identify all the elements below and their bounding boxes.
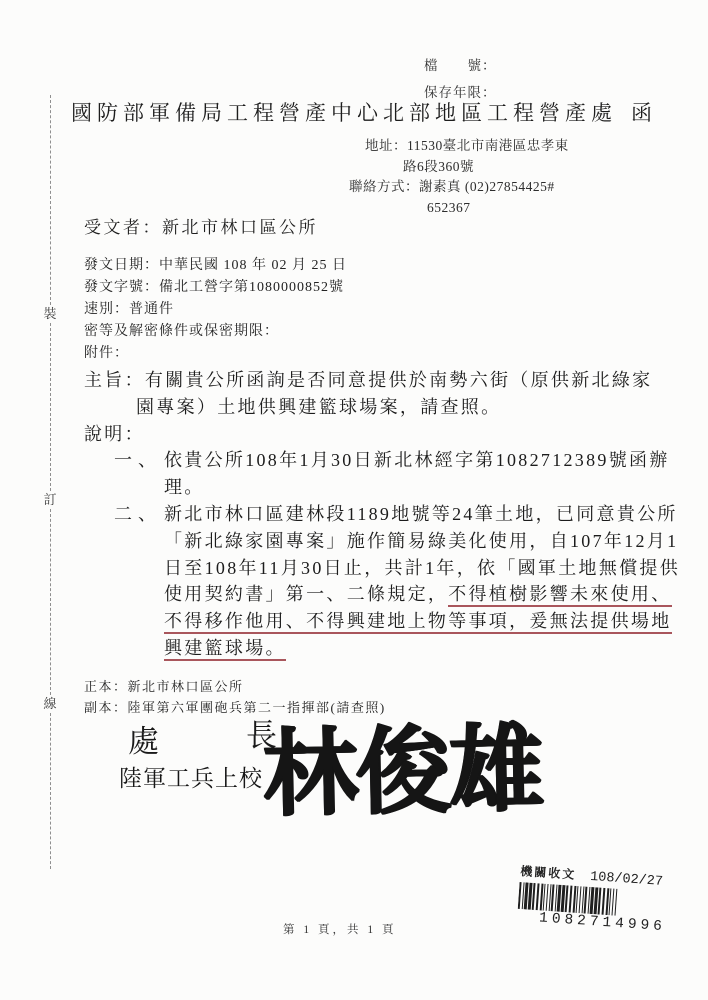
item2-line-5: 不得移作他用、不得興建地上物等事項，爰無法提供場地 <box>84 608 684 635</box>
meta-doc-number: 發文字號：備北工營字第1080000852號 <box>84 277 347 299</box>
meta-security: 密等及解密條件或保密期限： <box>84 321 347 343</box>
margin-dash-line <box>50 95 51 305</box>
recipient-line: 受文者：新北市林口區公所 <box>84 213 318 238</box>
contact-line-2: 652367 <box>349 198 569 219</box>
org-title: 國防部軍備局工程營產中心北部地區工程營產處 <box>71 101 617 125</box>
file-no-label: 檔 號： <box>424 52 497 79</box>
body-text: 主旨：有關貴公所函詢是否同意提供於南勢六街（原供新北綠家 園專案）土地供興建籃球… <box>84 367 684 662</box>
item2-line-6-underlined: 興建籃球場。 <box>164 638 286 661</box>
item1-line-1: 一、依貴公所108年1月30日新北林經字第1082712389號函辦 <box>84 447 684 474</box>
item2-line-4-underlined: 不得植樹影響未來使用、 <box>448 584 671 607</box>
signature-rank: 陸軍工兵上校 <box>119 760 263 793</box>
item2-line-3: 日至108年11月30日止，共計1年，依「國軍土地無償提供 <box>84 555 684 582</box>
document-page: 裝 訂 線 檔 號： 保存年限： 國防部軍備局工程營產中心北部地區工程營產處函 … <box>0 0 708 1000</box>
meta-attachment: 附件： <box>84 343 347 365</box>
margin-label-ding: 訂 <box>43 491 56 509</box>
signature-name: 林俊雄 <box>261 693 543 835</box>
distribution-original: 正本：新北市林口區公所 <box>84 676 386 697</box>
address-line-2: 路6段360號 <box>349 157 569 178</box>
document-title: 國防部軍備局工程營產中心北部地區工程營產處函 <box>71 97 671 127</box>
item2-line-5-underlined: 不得移作他用、不得興建地上物等事項，爰無法提供場地 <box>164 611 672 634</box>
margin-dash-line <box>50 509 51 695</box>
meta-block: 發文日期：中華民國 108 年 02 月 25 日 發文字號：備北工營字第108… <box>84 255 347 365</box>
item2-line-6: 興建籃球場。 <box>84 635 684 662</box>
item2-line-4: 使用契約書」第一、二條規定，不得植樹影響未來使用、 <box>84 581 684 608</box>
meta-date: 發文日期：中華民國 108 年 02 月 25 日 <box>84 255 347 277</box>
item2-line-2: 「新北綠家園專案」施作簡易綠美化使用，自107年12月1 <box>84 528 684 555</box>
stamp-received-label: 機關收文 <box>520 862 577 883</box>
doc-type-label: 函 <box>631 101 657 125</box>
page-footer: 第 1 頁，共 1 頁 <box>283 921 397 937</box>
margin-label-zhuang: 裝 <box>43 305 56 323</box>
item2-line-4-plain: 使用契約書」第一、二條規定， <box>164 584 448 604</box>
item1-line-2: 理。 <box>84 474 684 501</box>
margin-dash-line <box>50 323 51 491</box>
address-line-1: 地址：11530臺北市南港區忠孝東 <box>349 136 569 157</box>
meta-speed: 速別：普通件 <box>84 299 347 321</box>
received-stamp: 機關收文 108/02/27 1082714996 <box>517 862 693 937</box>
subject-line-1: 主旨：有關貴公所函詢是否同意提供於南勢六街（原供新北綠家 <box>84 367 684 394</box>
contact-line-1: 聯絡方式：謝素真 (02)27854425# <box>349 177 569 198</box>
subject-label: 主旨： <box>84 370 145 390</box>
item1-number: 一、 <box>114 447 164 474</box>
subject-line-2: 園專案）土地供興建籃球場案，請查照。 <box>84 394 684 421</box>
binding-margin: 裝 訂 線 <box>42 95 58 869</box>
margin-dash-line <box>50 713 51 869</box>
item2-number: 二、 <box>114 501 164 528</box>
item2-line-1: 二、新北市林口區建林段1189地號等24筆土地，已同意貴公所 <box>84 501 684 528</box>
address-block: 地址：11530臺北市南港區忠孝東 路6段360號 聯絡方式：謝素真 (02)2… <box>349 136 569 218</box>
margin-label-xian: 線 <box>43 695 56 713</box>
signature-title-chu: 處 <box>128 716 159 761</box>
explanation-label: 說明： <box>84 421 684 448</box>
